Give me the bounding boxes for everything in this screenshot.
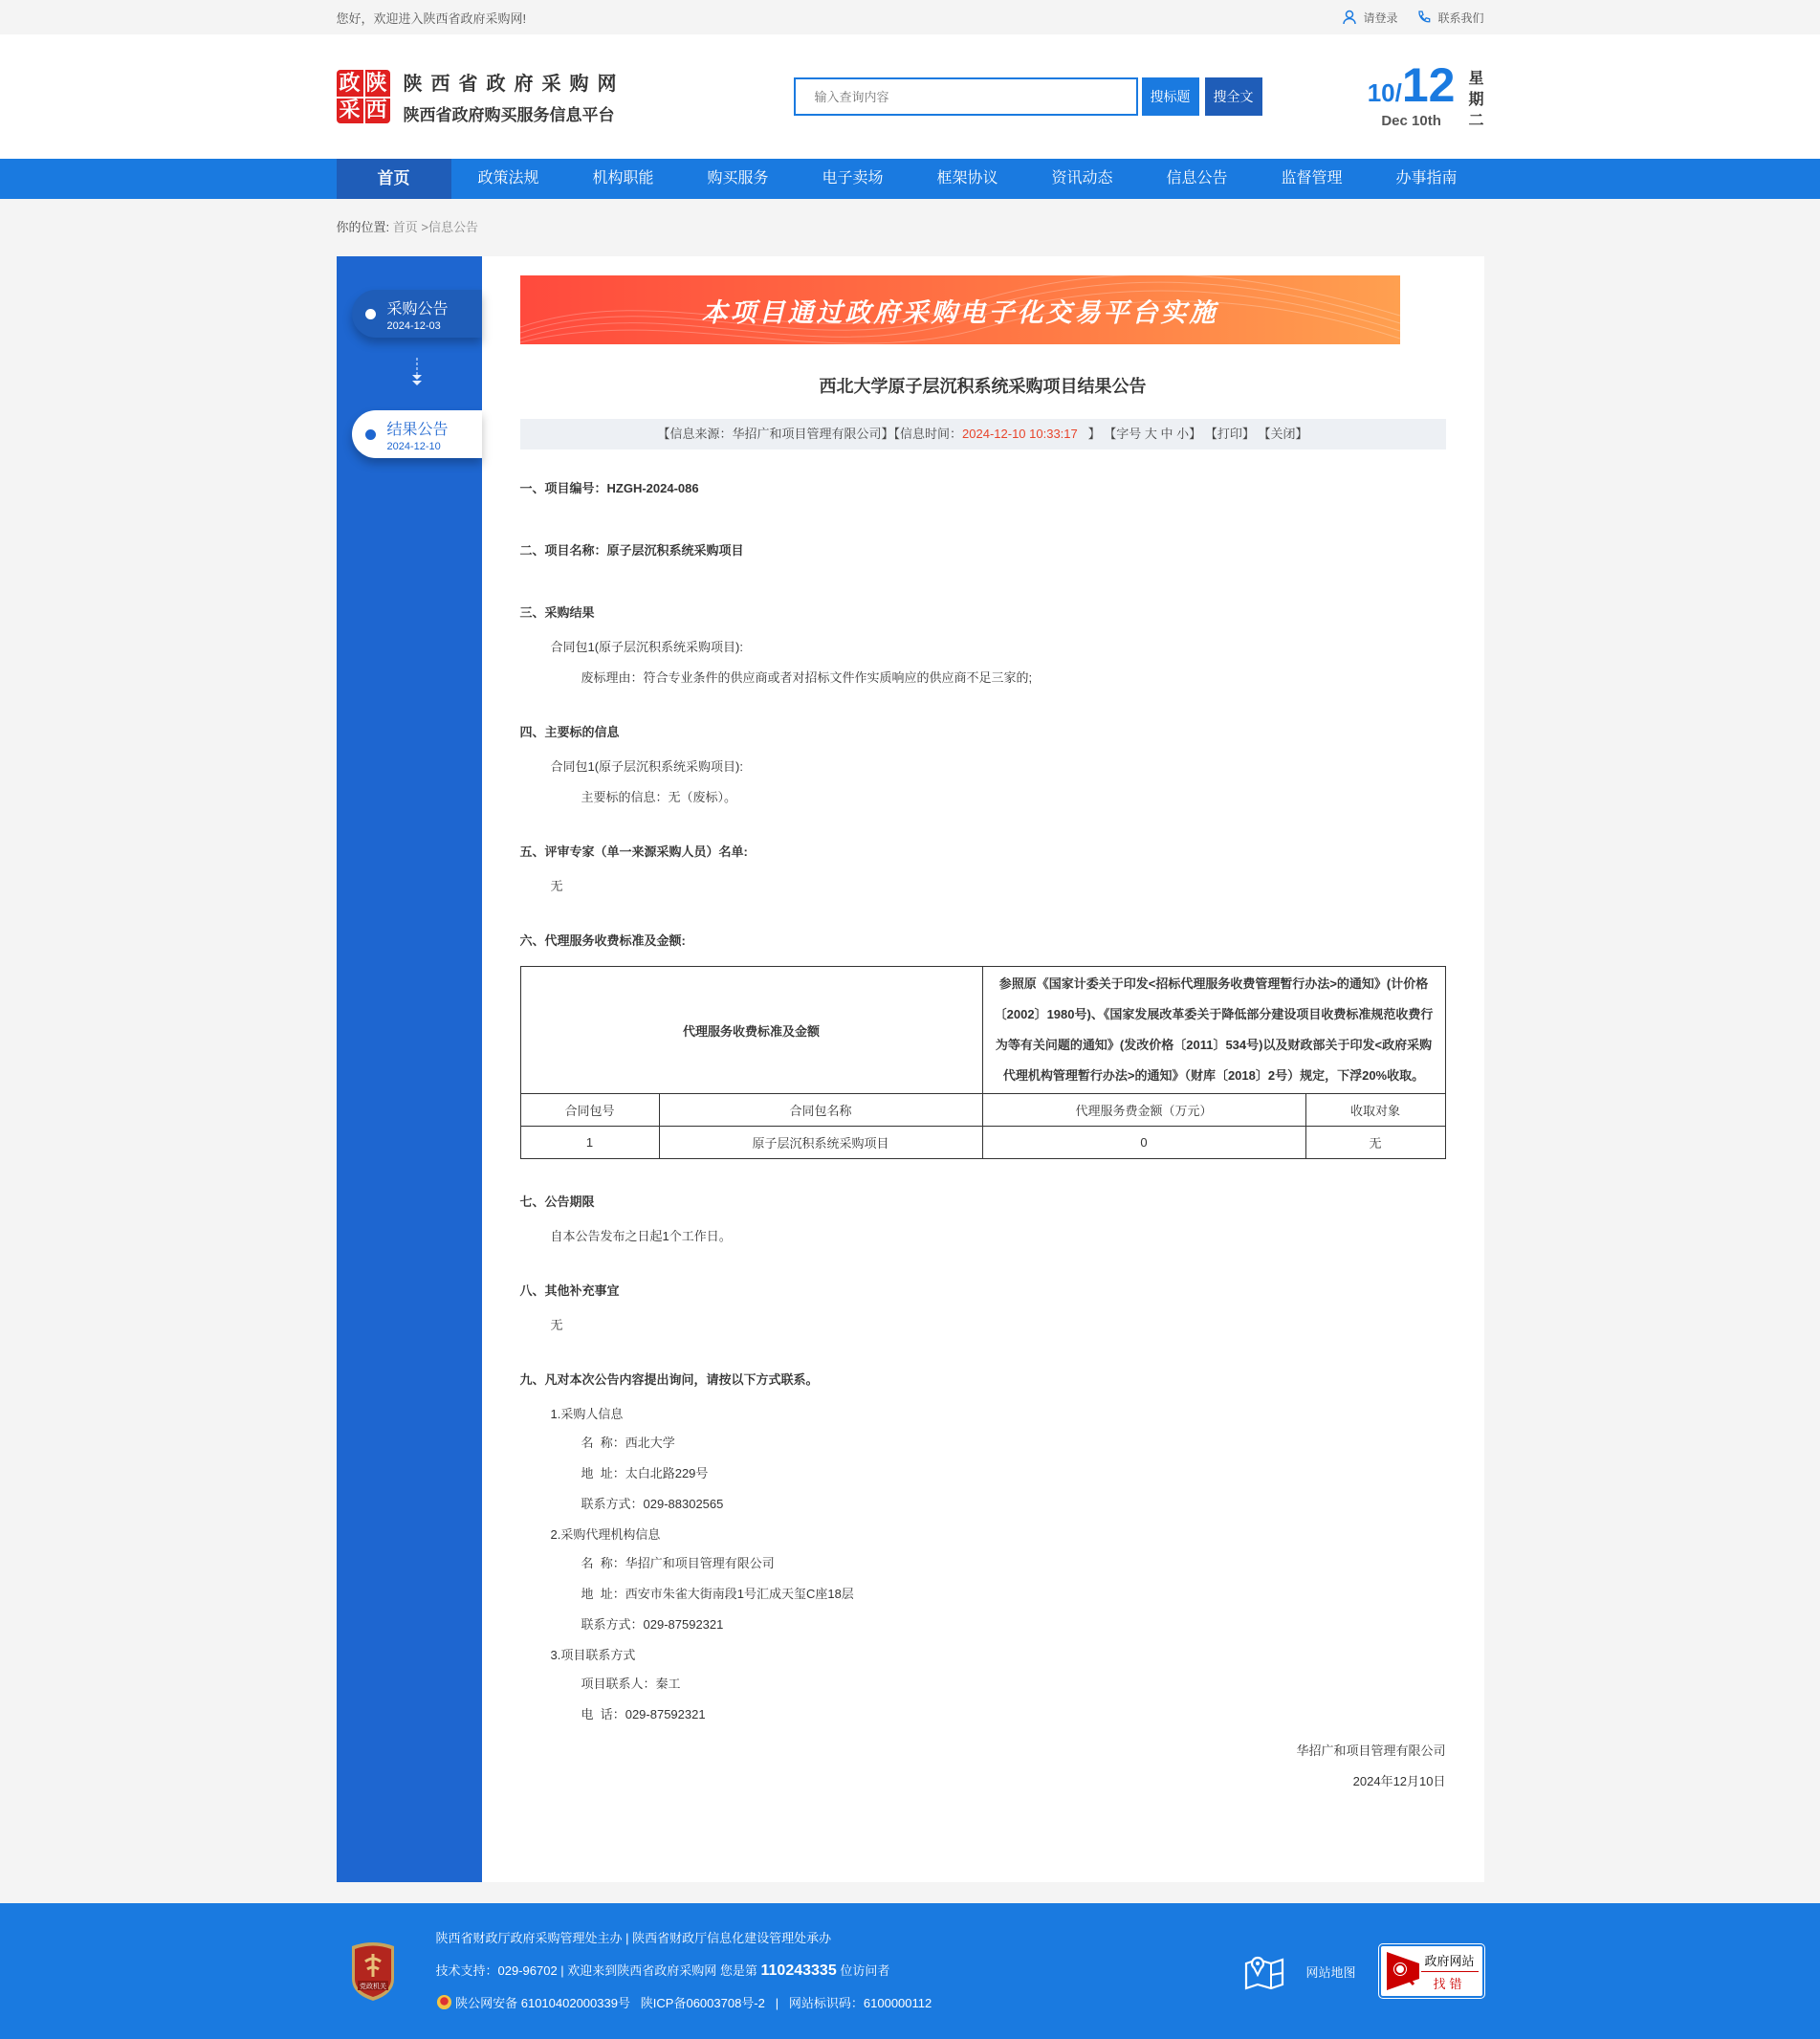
- breadcrumb-home[interactable]: 首页: [393, 220, 418, 234]
- platform-banner: 本项目通过政府采购电子化交易平台实施: [520, 275, 1400, 344]
- breadcrumb: 你的位置: 首页 >信息公告: [337, 199, 1484, 256]
- section-contact-heading: 九、凡对本次公告内容提出询问，请按以下方式联系。: [520, 1370, 1446, 1388]
- visitor-count: 110243335: [761, 1962, 837, 1979]
- article-area: 本项目通过政府采购电子化交易平台实施 西北大学原子层沉积系统采购项目结果公告 【…: [482, 256, 1484, 1882]
- font-size-large[interactable]: 大: [1145, 427, 1157, 441]
- footer-registration[interactable]: 陕公网安备 61010402000339号 陕ICP备06003708号-2 |…: [436, 1987, 932, 2020]
- article-meta: 【信息来源：华招广和项目管理有限公司】【信息时间：2024-12-10 10:3…: [520, 419, 1446, 449]
- search-fulltext-button[interactable]: 搜全文: [1205, 77, 1262, 116]
- fee-table: 代理服务收费标准及金额 参照原《国家计委关于印发<招标代理服务收费管理暂行办法>…: [520, 966, 1446, 1159]
- map-icon: [1244, 1952, 1284, 1990]
- nav-item-e-mall[interactable]: 电子卖场: [796, 159, 910, 199]
- signature-date: 2024年12月10日: [520, 1766, 1446, 1797]
- section-period-heading: 七、公告期限: [520, 1192, 1446, 1210]
- site-footer: 党政机关 陕西省财政厅政府采购管理处主办 | 陕西省财政厅信息化建设管理处承办 …: [0, 1903, 1820, 2039]
- main-content: 采购公告 2024-12-03 结果公告 2024-12-10: [337, 256, 1484, 1882]
- site-logo[interactable]: 政 陕 采 西 陕西省政府采购网 陕西省政府购买服务信息平台: [337, 68, 625, 125]
- section-fee-heading: 六、代理服务收费标准及金额:: [520, 931, 1446, 949]
- welcome-text: 您好，欢迎进入陕西省政府采购网!: [337, 9, 527, 27]
- banner-text: 本项目通过政府采购电子化交易平台实施: [702, 292, 1218, 329]
- date-display: 10/12 Dec 10th 星期二: [1368, 61, 1484, 132]
- login-link[interactable]: 请登录: [1342, 10, 1397, 26]
- signature-org: 华招广和项目管理有限公司: [520, 1736, 1446, 1766]
- section-experts-heading: 五、评审专家（单一来源采购人员）名单:: [520, 842, 1446, 860]
- date-english: Dec 10th: [1368, 113, 1456, 129]
- timeline-connector: [337, 338, 482, 410]
- double-arrow-down-icon: [409, 358, 425, 390]
- svg-text:党政机关: 党政机关: [360, 1982, 386, 1990]
- nav-item-policy[interactable]: 政策法规: [451, 159, 566, 199]
- section-other-heading: 八、其他补充事宜: [520, 1281, 1446, 1299]
- nav-item-guide[interactable]: 办事指南: [1370, 159, 1484, 199]
- search-title-button[interactable]: 搜标题: [1142, 77, 1199, 116]
- logo-mark: 政 陕 采 西: [337, 70, 390, 123]
- page-title: 西北大学原子层沉积系统采购项目结果公告: [520, 373, 1446, 398]
- fee-standard-label: 代理服务收费标准及金额: [520, 967, 982, 1094]
- font-size-medium[interactable]: 中: [1161, 427, 1173, 441]
- nav-item-announcements[interactable]: 信息公告: [1140, 159, 1255, 199]
- process-timeline: 采购公告 2024-12-03 结果公告 2024-12-10: [337, 256, 482, 1882]
- main-nav: 首页 政策法规 机构职能 购买服务 电子卖场 框架协议 资讯动态 信息公告 监督…: [0, 159, 1820, 199]
- breadcrumb-current[interactable]: >信息公告: [421, 220, 478, 234]
- magnifier-icon: [1385, 1950, 1421, 1992]
- status-dot-icon: [365, 429, 376, 440]
- search-bar: 搜标题 搜全文: [794, 77, 1262, 116]
- timeline-item-procurement-notice[interactable]: 采购公告 2024-12-03: [352, 290, 482, 338]
- weekday: 星期二: [1469, 69, 1484, 132]
- nav-item-news[interactable]: 资讯动态: [1025, 159, 1140, 199]
- search-input[interactable]: [794, 77, 1138, 116]
- sitemap-link[interactable]: 网站地图: [1244, 1952, 1355, 1990]
- footer-support-info: 技术支持：029-96702 | 欢迎来到陕西省政府采购网 您是第 110243…: [436, 1955, 932, 1987]
- fee-standard-text: 参照原《国家计委关于印发<招标代理服务收费管理暂行办法>的通知》(计价格〔200…: [982, 967, 1445, 1094]
- user-icon: [1342, 10, 1357, 25]
- table-header-row: 合同包号 合同包名称 代理服务费金额（万元） 收取对象: [520, 1094, 1445, 1127]
- site-header: 政 陕 采 西 陕西省政府采购网 陕西省政府购买服务信息平台 搜标题 搜全文 1…: [0, 34, 1820, 159]
- close-button[interactable]: 【关闭】: [1258, 427, 1307, 441]
- nav-item-home[interactable]: 首页: [337, 159, 451, 199]
- section-project-name: 二、项目名称：原子层沉积系统采购项目: [520, 540, 1446, 559]
- section-subject-heading: 四、主要标的信息: [520, 722, 1446, 740]
- site-subtitle: 陕西省政府购买服务信息平台: [404, 101, 625, 125]
- nav-item-supervision[interactable]: 监督管理: [1255, 159, 1370, 199]
- section-project-number: 一、项目编号：HZGH-2024-086: [520, 478, 1446, 496]
- nav-item-functions[interactable]: 机构职能: [566, 159, 681, 199]
- date-day: 12: [1402, 58, 1456, 112]
- publish-time: 2024-12-10 10:33:17: [962, 427, 1078, 441]
- status-dot-icon: [365, 309, 376, 319]
- police-emblem-icon: [436, 1994, 452, 2010]
- table-row: 1 原子层沉积系统采购项目 0 无: [520, 1127, 1445, 1159]
- party-government-badge-icon[interactable]: 党政机关: [348, 1940, 398, 2002]
- timeline-item-result-notice[interactable]: 结果公告 2024-12-10: [352, 410, 482, 458]
- gov-website-error-report-button[interactable]: 政府网站 找错: [1379, 1944, 1484, 1998]
- nav-item-purchase-services[interactable]: 购买服务: [681, 159, 796, 199]
- section-result-heading: 三、采购结果: [520, 603, 1446, 621]
- contact-link[interactable]: 联系我们: [1416, 10, 1483, 26]
- phone-icon: [1416, 10, 1432, 25]
- article-body: 一、项目编号：HZGH-2024-086 二、项目名称：原子层沉积系统采购项目 …: [520, 478, 1446, 1797]
- date-month: 10/: [1368, 78, 1402, 107]
- signature: 华招广和项目管理有限公司 2024年12月10日: [520, 1736, 1446, 1797]
- top-bar: 您好，欢迎进入陕西省政府采购网! 请登录 联系我们: [0, 0, 1820, 34]
- site-name: 陕西省政府采购网: [404, 68, 625, 96]
- font-size-small[interactable]: 小: [1176, 427, 1189, 441]
- footer-host-info: 陕西省财政厅政府采购管理处主办 | 陕西省财政厅信息化建设管理处承办: [436, 1922, 932, 1955]
- print-button[interactable]: 【打印】: [1205, 427, 1255, 441]
- nav-item-framework[interactable]: 框架协议: [910, 159, 1025, 199]
